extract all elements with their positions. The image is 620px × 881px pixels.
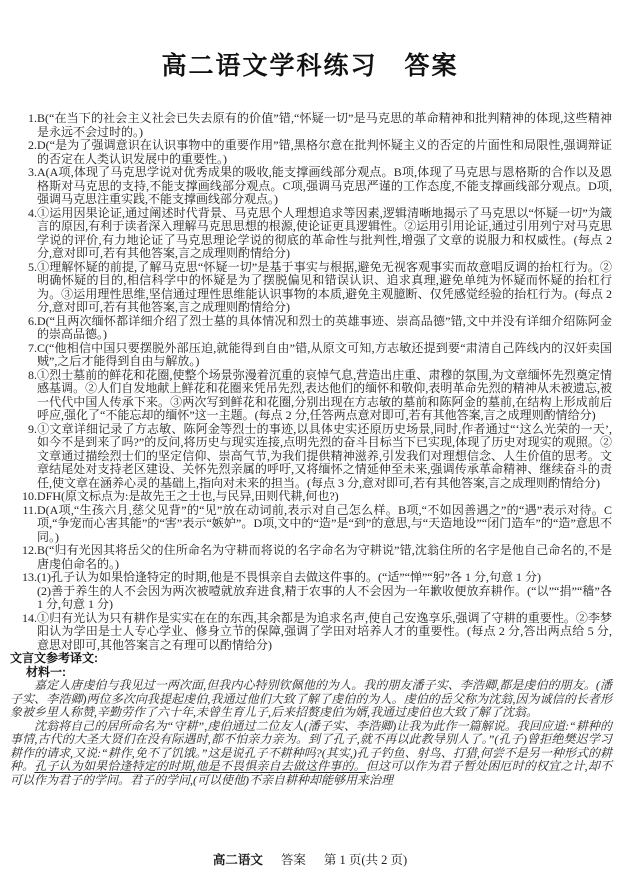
answer-number-14: 14. (10, 612, 37, 626)
answer-text-7: C(“他相信中国只要摆脱外部压迫,就能得到自由”错,从原文可知,方志敏还提到要“… (37, 341, 612, 369)
answers-section: 1.B(“在当下的社会主义社会已失去原有的价值”错,“怀疑一切”是马克思的革命精… (10, 112, 612, 787)
answer-text-4: ①运用因果论证,通过阐述时代背景、马克思个人理想追求等因素,逻辑清晰地揭示了马克… (37, 206, 612, 261)
answer-number-2: 2. (10, 139, 37, 153)
answer-text-3: A(A项,体现了马克思学说对优秀成果的吸收,能支撑画线部分观点。B项,体现了马克… (37, 165, 612, 206)
answer-text-10: DFH(原文标点为:是故先王之士也,与民异,田则代耕,何也?) (37, 489, 339, 503)
answer-number-5: 5. (10, 261, 37, 275)
answer-text-11: D(A项,“生孩六月,慈父见背”的“见”放在动词前,表示对自己怎么样。B项,“不… (37, 503, 612, 544)
material-one-label: 材料一: (10, 666, 612, 680)
answer-item-11: 11.D(A项,“生孩六月,慈父见背”的“见”放在动词前,表示对自己怎么样。B项… (10, 504, 612, 545)
answer-item-10: 10.DFH(原文标点为:是故先王之士也,与民异,田则代耕,何也?) (10, 490, 612, 504)
answer-item-14: 14.①归有光认为只有耕作是实实在在的东西,其余都是为追求名声,使自己安逸享乐,… (10, 612, 612, 653)
answer-number-12: 12. (10, 544, 37, 558)
answer-item-8: 8.①烈士墓前的鲜花和花圈,使整个场景弥漫着沉重的哀悼气息,营造出庄重、肃穆的氛… (10, 369, 612, 423)
answer-text-6: D(“且两次缅怀都详细介绍了烈士墓的具体情况和烈士的英雄事迹、崇高品德”错,文中… (37, 314, 612, 342)
answer-number-9: 9. (10, 423, 37, 437)
page-title: 高二语文学科练习 答案 (0, 0, 620, 82)
answer-item-2: 2.D(“是为了强调意识在认识事物中的重要作用”错,黑格尔意在批判怀疑主义的否定… (10, 139, 612, 166)
translation-heading: 文言文参考译文: (10, 652, 612, 666)
translation-paragraph-1: 嘉定人唐虔伯与我见过一两次面,但我内心特别钦佩他的为人。我的朋友潘子实、李浩卿,… (10, 679, 612, 720)
answer-number-11: 11. (10, 504, 37, 518)
answer-item-4: 4.①运用因果论证,通过阐述时代背景、马克思个人理想追求等因素,逻辑清晰地揭示了… (10, 207, 612, 261)
footer-answer-label: 答案 (281, 853, 306, 867)
answer-item-3: 3.A(A项,体现了马克思学说对优秀成果的吸收,能支撑画线部分观点。B项,体现了… (10, 166, 612, 207)
footer-page-number: 第 1 页(共 2 页) (324, 853, 407, 867)
answer-number-1: 1. (10, 112, 37, 126)
answer-item-7: 7.C(“他相信中国只要摆脱外部压迫,就能得到自由”错,从原文可知,方志敏还提到… (10, 342, 612, 369)
answer-number-6: 6. (10, 315, 37, 329)
answer-item-12: 12.B(“归有光因其将岳父的住所命名为守耕而将说的名字命名为守耕说”错,沈翁住… (10, 544, 612, 571)
translation-paragraph-2: 沈翁将自己的居所命名为“守耕”,虔伯通过二位友人(潘子实、李浩卿)让我为此作一篇… (10, 720, 612, 788)
answer-text-5: ①理解怀疑的前提,了解马克思“怀疑一切”是基于事实与根据,避免无视客观事实而故意… (37, 260, 612, 315)
answer-number-7: 7. (10, 342, 37, 356)
answer-text-12: B(“归有光因其将岳父的住所命名为守耕而将说的名字命名为守耕说”错,沈翁住所的名… (37, 543, 612, 571)
answer-text-13: (1)孔子认为如果恰逢特定的时期,他是不畏惧亲自去做这件事的。(“适”“惮”“躬… (37, 570, 612, 611)
page-footer: 高二语文答案第 1 页(共 2 页) (0, 850, 620, 868)
answer-text-8: ①烈士墓前的鲜花和花圈,使整个场景弥漫着沉重的哀悼气息,营造出庄重、肃穆的氛围,… (37, 368, 612, 423)
translation-p2-underlined-sentence: 孔子认为如果恰逢特定的时期,他是不畏惧亲自去做这件事的。 (34, 759, 365, 773)
answer-number-4: 4. (10, 207, 37, 221)
answer-text-9: ①文章详细记录了方志敏、陈阿金等烈士的事迹,以具体史实还原历史场景,同时,作者通… (37, 422, 612, 490)
answer-number-3: 3. (10, 166, 37, 180)
answer-item-1: 1.B(“在当下的社会主义社会已失去原有的价值”错,“怀疑一切”是马克思的革命精… (10, 112, 612, 139)
footer-course-name: 高二语文 (213, 853, 263, 867)
answer-text-14: ①归有光认为只有耕作是实实在在的东西,其余都是为追求名声,使自己安逸享乐,强调了… (37, 611, 612, 652)
answer-text-2: D(“是为了强调意识在认识事物中的重要作用”错,黑格尔意在批判怀疑主义的否定的片… (37, 138, 612, 166)
answer-text-1: B(“在当下的社会主义社会已失去原有的价值”错,“怀疑一切”是马克思的革命精神和… (37, 111, 612, 139)
answer-number-10: 10. (10, 490, 37, 504)
answer-number-8: 8. (10, 369, 37, 383)
answer-item-5: 5.①理解怀疑的前提,了解马克思“怀疑一切”是基于事实与根据,避免无视客观事实而… (10, 261, 612, 315)
document-page: 高二语文学科练习 答案 1.B(“在当下的社会主义社会已失去原有的价值”错,“怀… (0, 0, 620, 881)
answer-item-13: 13.(1)孔子认为如果恰逢特定的时期,他是不畏惧亲自去做这件事的。(“适”“惮… (10, 571, 612, 612)
answer-item-9: 9.①文章详细记录了方志敏、陈阿金等烈士的事迹,以具体史实还原历史场景,同时,作… (10, 423, 612, 491)
answer-number-13: 13. (10, 571, 37, 585)
answer-item-6: 6.D(“且两次缅怀都详细介绍了烈士墓的具体情况和烈士的英雄事迹、崇高品德”错,… (10, 315, 612, 342)
